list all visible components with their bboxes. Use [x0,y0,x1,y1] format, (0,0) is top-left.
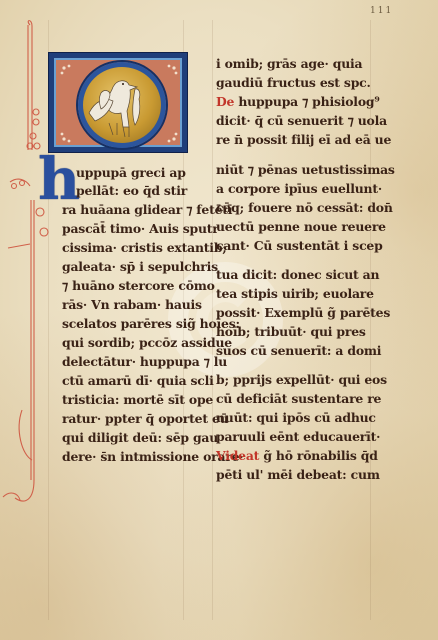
text-line: b; pprijs expellūt· qui eos [216,371,387,388]
right-column: i omib; grās age· quia gaudiū fructus es… [216,55,376,495]
text-line: niūt ⁊ pēnas uetustissimas [216,161,395,178]
folio-number: 111 [370,6,393,16]
text-line: hoīb; tribuūt· qui pres [216,323,366,340]
text-line-rubric-de: De huppupa ⁊ phisiolog⁹ [216,93,380,110]
text-line: scelatos parēres sig̃ hoīes: [62,315,240,332]
initial-frame [54,58,182,147]
text-line: delectātur· huppupa ⁊ lu [62,353,227,370]
manuscript-page: 111 [0,0,438,640]
historiated-initial [48,52,188,153]
text-line: cāq; fouere nō cessāt: don̄ [216,199,393,216]
text-line: tea stipis uirib; euolare [216,285,374,302]
rubric-word: Videat [216,448,259,463]
text-line: a corpore ipīus euellunt· [216,180,382,197]
left-column: uppupā greci ap pellāt: eo q̄d stir ra h… [62,164,187,494]
text-line: uppupā greci ap [76,164,186,181]
text-line: gaudiū fructus est spc. [216,74,371,91]
text-line: ⁊ huāno stercore cōmo [62,277,215,294]
text-line: i omib; grās age· quia [216,55,362,72]
text-line: rās· Vn rabam· hauis [62,296,202,313]
text-line: pascāt̄ timo· Auis sputr [62,220,219,237]
rubric-word: De [216,94,234,109]
text-line: nuūt: qui ipōs cū adhuc [216,409,376,426]
text-line: cant· Cū sustentāt i scep [216,237,383,254]
text-line: cū deficiāt sustentare re [216,390,381,407]
text-line: ctū amarū dī· quia scli [62,372,214,389]
text-line: pēti ul' mēi debeat: cum [216,466,380,483]
text-line: cissima· cristis extantib; [62,239,227,256]
text-line: ratur· ppter q̄ oportet eū [62,410,228,427]
text-line: suos cū senuerīt: a domi [216,342,381,359]
text-line: re n̄ possit filij eī ad eā ue [216,131,391,148]
hoopoe-birds-icon [83,67,161,143]
text-line: tua dicit: donec sicut an [216,266,379,283]
text-line: qui sordib; pccōz assidue [62,334,232,351]
text-line-rubric-videat: Videat g̃ hō rōnabilis q̄d [216,447,378,464]
gold-roundel [78,62,166,148]
text-line: tristicia: mortē sīt ope [62,391,213,408]
text-line: qui diligit deū: sēp gau [62,429,218,446]
text-line: uectū penne noue reuere [216,218,386,235]
text-line: galeata· sp̄ i sepulchris [62,258,218,275]
text-line: paruuli eēnt educauerīt· [216,428,380,445]
text-line: ra huāana glidear ⁊ fetētī [62,201,232,218]
text-line: possit· Exemplū g̃ parētes [216,304,390,321]
text-line: dicit· q̄ cū senuerit ⁊ uola [216,112,387,129]
text-line: pellāt: eo q̄d stir [76,182,187,199]
